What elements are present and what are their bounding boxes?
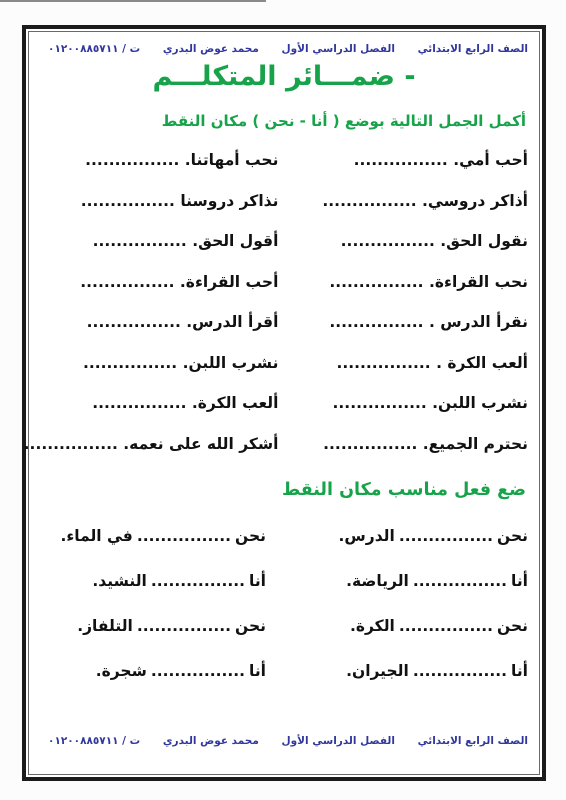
sentence-blank: ................	[85, 151, 179, 169]
object-text: شجرة.	[96, 662, 147, 680]
fill-verb-item: أنا................النشيد.	[48, 559, 266, 604]
answer-blank: ................	[413, 572, 507, 590]
sentence-text: ألعب الكرة .	[436, 354, 528, 372]
worksheet-title: - ضمـــائر المتكلـــم	[26, 61, 542, 92]
header-item-grade: الصف الرابع الابتدائي	[418, 43, 528, 55]
sentence-text: أقرأ الدرس.	[186, 313, 278, 331]
fill-verb-item: نحن................الكرة.	[310, 604, 528, 649]
sentence-item: نحترم الجميع. ................	[322, 424, 528, 465]
pronoun-label: أنا	[511, 572, 528, 590]
sentence-blank: ................	[329, 273, 423, 291]
object-text: الجيران.	[346, 662, 409, 680]
sentence-blank: ................	[333, 394, 427, 412]
answer-blank: ................	[151, 662, 245, 680]
sentence-item: أشكر الله على نعمه. ................	[24, 424, 279, 465]
sentence-blank: ................	[80, 273, 174, 291]
sentence-item: نشرب اللبن. ................	[322, 383, 528, 424]
sentence-blank: ................	[322, 192, 416, 210]
answer-blank: ................	[137, 617, 231, 635]
object-text: الدرس.	[339, 527, 395, 545]
sentence-item: نشرب اللبن. ................	[24, 343, 279, 384]
section2-heading: ضع فعل مناسب مكان النقط	[26, 480, 542, 500]
scan-artifact-line	[0, 0, 266, 2]
sentence-text: نذاكر دروسنا	[180, 192, 278, 210]
sentence-text: نقرأ الدرس .	[429, 313, 528, 331]
header: الصف الرابع الابتدائي الفصل الدراسي الأو…	[26, 29, 542, 55]
sentence-item: أحب أمي. ................	[322, 140, 528, 181]
pronoun-label: نحن	[235, 527, 266, 545]
sentence-text: نقول الحق.	[440, 232, 528, 250]
sentence-item: ألعب الكرة. ................	[24, 383, 279, 424]
sentence-blank: ................	[354, 151, 448, 169]
answer-blank: ................	[413, 662, 507, 680]
fill-verb-item: نحن................في الماء.	[48, 514, 266, 559]
pronoun-label: أنا	[511, 662, 528, 680]
sentence-text: أحب القراءة.	[180, 273, 279, 291]
header-item-author: محمد عوض البدري	[163, 43, 259, 55]
footer-item-phone: ت / ٠١٢٠٠٨٨٥٧١١	[48, 735, 140, 747]
sentence-blank: ................	[92, 394, 186, 412]
sentence-blank: ................	[93, 232, 187, 250]
sentence-blank: ................	[341, 232, 435, 250]
sentence-text: نشرب اللبن.	[183, 354, 279, 372]
fill-verb-item: نحن................التلفاز.	[48, 604, 266, 649]
object-text: في الماء.	[60, 527, 132, 545]
answer-blank: ................	[399, 527, 493, 545]
sentence-item: نقول الحق. ................	[322, 221, 528, 262]
sentence-blank: ................	[87, 313, 181, 331]
sentence-blank: ................	[83, 354, 177, 372]
sentence-text: أحب أمي.	[453, 151, 528, 169]
sentence-text: نحب القراءة.	[429, 273, 528, 291]
sentence-item: أقرأ الدرس. ................	[24, 302, 279, 343]
sentence-item: نحب أمهاتنا. ................	[24, 140, 279, 181]
sentence-blank: ................	[329, 313, 423, 331]
sentence-text: نحب أمهاتنا.	[185, 151, 279, 169]
pronoun-label: أنا	[249, 662, 266, 680]
footer-item-grade: الصف الرابع الابتدائي	[418, 735, 528, 747]
sentence-text: نشرب اللبن.	[432, 394, 528, 412]
sentence-item: نقرأ الدرس . ................	[322, 302, 528, 343]
sentence-item: نذاكر دروسنا ................	[24, 181, 279, 222]
sentence-item: أذاكر دروسي. ................	[322, 181, 528, 222]
page-frame: الصف الرابع الابتدائي الفصل الدراسي الأو…	[22, 25, 546, 781]
section2-grid: نحن................الدرس. نحن...........…	[26, 514, 542, 694]
sentence-text: نحترم الجميع.	[423, 435, 528, 453]
object-text: التلفاز.	[77, 617, 133, 635]
answer-blank: ................	[399, 617, 493, 635]
pronoun-label: نحن	[235, 617, 266, 635]
section1-grid: أحب أمي. ................ نحب أمهاتنا. .…	[26, 140, 542, 464]
fill-verb-item: نحن................الدرس.	[310, 514, 528, 559]
pronoun-label: نحن	[497, 617, 528, 635]
sentence-blank: ................	[336, 354, 430, 372]
sentence-blank: ................	[24, 435, 118, 453]
sentence-blank: ................	[81, 192, 175, 210]
answer-blank: ................	[151, 572, 245, 590]
pronoun-label: أنا	[249, 572, 266, 590]
sentence-text: أذاكر دروسي.	[422, 192, 528, 210]
sentence-text: أشكر الله على نعمه.	[123, 435, 278, 453]
fill-verb-item: أنا................الجيران.	[310, 649, 528, 694]
sentence-item: ألعب الكرة . ................	[322, 343, 528, 384]
object-text: الكرة.	[350, 617, 395, 635]
fill-verb-item: أنا................الرياضة.	[310, 559, 528, 604]
answer-blank: ................	[137, 527, 231, 545]
fill-verb-item: أنا................شجرة.	[48, 649, 266, 694]
worksheet-page: { "header": { "items": [ "الصف الرابع ال…	[0, 0, 566, 800]
footer-item-term: الفصل الدراسي الأول	[282, 735, 395, 747]
object-text: النشيد.	[92, 572, 146, 590]
sentence-item: أقول الحق. ................	[24, 221, 279, 262]
sentence-blank: ................	[323, 435, 417, 453]
pronoun-label: نحن	[497, 527, 528, 545]
footer-item-author: محمد عوض البدري	[163, 735, 259, 747]
object-text: الرياضة.	[346, 572, 409, 590]
header-item-term: الفصل الدراسي الأول	[282, 43, 395, 55]
section1-instruction: أكمل الجمل التالية بوضع ( أنا - نحن ) مك…	[26, 112, 542, 130]
sentence-item: نحب القراءة. ................	[322, 262, 528, 303]
sentence-text: ألعب الكرة.	[192, 394, 279, 412]
footer: الصف الرابع الابتدائي الفصل الدراسي الأو…	[26, 735, 542, 777]
sentence-text: أقول الحق.	[192, 232, 278, 250]
header-item-phone: ت / ٠١٢٠٠٨٨٥٧١١	[48, 43, 140, 55]
sentence-item: أحب القراءة. ................	[24, 262, 279, 303]
